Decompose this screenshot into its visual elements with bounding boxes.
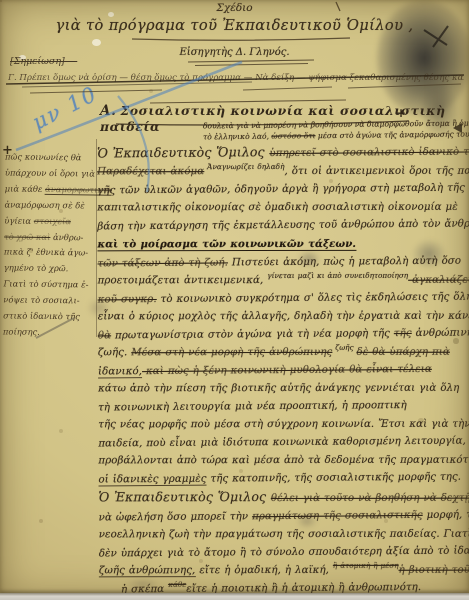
body-line: τὴ κοινωνικὴ λειτουργία μιὰ νέα προοπτικ…	[98, 397, 467, 418]
text-segment: κάθε	[168, 580, 186, 589]
text-segment: Μέσα στὴ νέα μορφὴ τῆς ἀνθρώπινης	[131, 347, 332, 358]
body-line: γῆς τῶν ὑλικῶν ἀγαθῶν, ὁδηγοῦν ἀργὰ ἢ γρ…	[97, 180, 466, 201]
body-line: καὶ τὸ μοίρασμα τῶν κοινωνικῶν τάξεων.	[97, 235, 466, 255]
text-segment: πῶς κοινωνίες θὰ	[5, 151, 81, 162]
photo-edge	[0, 593, 469, 600]
text-segment: παιδεία, ποὺ εἶναι μιὰ ἰδιότυπα κοινωνικ…	[98, 436, 466, 450]
text-segment: τῆς	[394, 328, 412, 339]
text-segment: βάση τὴν κατάργηση τῆς ἐκμετάλλευσης τοῦ…	[97, 218, 469, 232]
manuscript-photo: Σχέδιο γιὰ τὸ πρόγραμα τοῦ Ἐκπαιδευτικοῦ…	[0, 0, 469, 600]
manuscript-body: Ὁ Ἐκπαιδευτικὸς Ὅμιλος ὑπηρετεῖ στὸ σοσι…	[97, 142, 468, 599]
body-line: ἰδανικό, καὶ πὼς ἡ ξένη κοινωνικὴ μυθολο…	[98, 361, 467, 382]
text-segment: εἶναι ὁ κύριος μοχλὸς τῆς ἀλλαγῆς, δηλαδ…	[98, 311, 469, 323]
text-segment: μορφή, τὴν	[423, 509, 469, 520]
margin-note-line: ὑγίεια στοιχεῖα	[4, 213, 96, 230]
text-segment: πραγμάτωση τῆς σοσιαλιστικῆς	[252, 510, 423, 522]
struck-note-line: [Σημείωση] —	[10, 56, 77, 67]
paper-damage-speck	[92, 39, 101, 46]
text-segment: θέλει γιὰ τοῦτο νὰ βοηθήση νὰ δεχτῇ	[271, 493, 469, 504]
blue-pencil-number: μν 10	[28, 81, 101, 134]
text-segment: μιὰ κάθε	[5, 183, 46, 193]
body-line: καπιταλιστικῆς οἰκονομίας σὲ ὁμαδικὴ σοσ…	[97, 199, 466, 218]
text-segment: γίνεται μαζὶ κι ἀπὸ συνειδητοποίηση	[267, 271, 408, 280]
body-line: τῆς νέας μορφῆς ποὺ μέσα στὴ σύγχρονη κο…	[98, 416, 467, 435]
interlinear-insert: δουλειὰ γιὰ νὰ μπορέση νὰ βοηθήσουν νὰ δ…	[203, 119, 467, 143]
text-segment: ζωῆς.	[98, 347, 131, 358]
body-line: βάση τὴν κατάργηση τῆς ἐκμετάλλευσης τοῦ…	[97, 216, 466, 237]
text-segment: γῆς τῶν ὑλικῶν ἀγαθῶν, ὁδηγοῦν ἀργὰ ἢ γρ…	[97, 182, 469, 196]
text-segment: τῆς νέας μορφῆς ποὺ μέσα στὴ σύγχρονη κο…	[98, 419, 469, 431]
text-segment: ἀγκαλιάζει ὅλες τὶς μορφὲς τοῦ κοινωνι-	[408, 274, 469, 285]
text-segment: ποίησης.	[3, 326, 40, 336]
text-segment: ἰδανικό,	[98, 366, 142, 378]
title-underline	[132, 38, 350, 40]
draft-label: Σχέδιο	[0, 2, 469, 14]
text-segment: στικὸ ἰδανικὸ τῆς	[3, 310, 80, 321]
text-segment: ἡ βιοτικὴ τοῦ συνόλου	[399, 565, 469, 576]
text-segment: Πιστεύει ἀκόμη, πὼς ἡ μεταβολὴ αὐτὴ ὅσο	[228, 256, 461, 269]
text-segment: ἀνθρώπινης	[412, 327, 469, 339]
section-label: Α.	[100, 103, 116, 119]
body-line: παιδεία, ποὺ εἶναι μιὰ ἰδιότυπα κοινωνικ…	[98, 433, 467, 454]
text-segment: καπιταλιστικῆς οἰκονομίας σὲ ὁμαδικὴ σοσ…	[97, 202, 458, 214]
text-segment: Ὁ Ἐκπαιδευτικὸς Ὅμιλος	[99, 489, 271, 504]
body-line: Ὁ Ἐκπαιδευτικὸς Ὅμιλος θέλει γιὰ τοῦτο ν…	[99, 488, 468, 509]
text-segment: ζωῆς ἀνθρώπινης,	[99, 565, 196, 577]
text-segment: οἱ ἰδανικὲς γραμμὲς	[98, 474, 206, 487]
text-segment: νόψει τὸ σοσιαλι-	[3, 295, 79, 306]
margin-note-line: τὸ χρῶ καὶ ἀνθρω-	[4, 229, 96, 246]
body-line: εἶναι ὁ κύριος μοχλὸς τῆς ἀλλαγῆς, δηλαδ…	[98, 308, 467, 327]
text-segment: Ὁ Ἐκπαιδευτικὸς Ὅμιλος	[97, 144, 269, 160]
text-segment: Παραδέχεται ἀκόμα	[97, 166, 204, 177]
margin-notes: πῶς κοινωνίες θὰὑπάρχουν οἱ ὅροι γιὰμιὰ …	[3, 149, 97, 341]
margin-note-line: γημένο τὸ χρῶ.	[4, 261, 96, 278]
text-segment: ζωῆς	[332, 343, 356, 352]
text-segment: κοῦ συγκρ.	[98, 294, 157, 305]
text-segment: καὶ τὸ μοίρασμα τῶν κοινωνικῶν τάξεων.	[97, 238, 356, 251]
body-line: δὲν ὑπάρχει γιὰ τὸ ἄτομο ἢ τὸ σύνολο σπο…	[99, 543, 468, 564]
text-segment: τὸ χρῶ καὶ	[4, 231, 50, 242]
text-segment: θὰ	[98, 330, 111, 341]
text-segment: πρωταγωνίστρια στὸν ἀγώνα γιὰ τὴ νέα μορ…	[111, 328, 394, 341]
margin-note-line: Γιατὶ τὸ σύστημα ἐ-	[3, 277, 95, 294]
body-line: ζωῆς. Μέσα στὴ νέα μορφὴ τῆς ἀνθρώπινης …	[98, 344, 467, 363]
text-segment: μέσα στὸ ἀγώνα τῆς ἀναμόρφωσής του	[315, 129, 469, 140]
margin-note-line: πῶς κοινωνίες θὰ	[5, 149, 97, 166]
text-segment: ἀναμόρφωση σὲ δὲ	[4, 199, 84, 210]
interlinear-line: τὸ ἑλληνικὸ λαό, ὡστόσο ὅτι μέσα στὸ ἀγώ…	[203, 129, 467, 142]
text-segment: νεοελληνικὴ ζωὴ τὴν πραγμάτωση τῆς σοσια…	[99, 529, 469, 541]
struck-note-line: Γ. Πρέπει ὅμως νὰ ὁρίση — θέση ὅμως τὸ π…	[8, 73, 464, 83]
body-line: θὰ πρωταγωνίστρια στὸν ἀγώνα γιὰ τὴ νέα …	[98, 325, 467, 346]
body-line: ζωῆς ἀνθρώπινης, εἴτε ἡ ὁμαδική, ἡ λαϊκή…	[99, 562, 468, 581]
text-segment: τὸ κοινωνικὸ συγκρότημα σ' ὅλες τὶς ἐκδη…	[157, 291, 469, 305]
text-segment: πικὰ ζ' ἐθνικὰ ἀγω-	[4, 247, 88, 258]
text-segment: τῶν τάξεων ἀπὸ τὴ ζωή.	[97, 257, 227, 269]
text-segment: ἢ ἀτομικὴ ἢ μέση	[333, 561, 399, 570]
text-segment: τὸ ἑλληνικὸ λαό,	[203, 131, 271, 141]
text-segment: καὶ πὼς ἡ ξένη κοινωνικὴ μυθολογία θὰ εἶ…	[142, 364, 432, 377]
body-line: οἱ ἰδανικὲς γραμμὲς τῆς κατοπινῆς, τῆς σ…	[98, 469, 467, 490]
margin-note-line: ποίησης.	[3, 324, 95, 341]
text-segment: δὲν ὑπάρχει γιὰ τὸ ἄτομο ἢ τὸ σύνολο σπο…	[99, 545, 469, 559]
text-segment: στοιχεῖα	[34, 215, 71, 225]
text-segment: τὴ κοινωνικὴ λειτουργία μιὰ νέα προοπτικ…	[98, 400, 407, 413]
text-segment: νὰ ὠφελήση ὅσο μπορεῖ τὴν	[99, 511, 253, 523]
margin-note-line: νόψει τὸ σοσιαλι-	[3, 293, 95, 310]
text-segment: Γιατὶ τὸ σύστημα ἐ-	[3, 279, 88, 290]
body-line: κάτω ἀπὸ τὴν πίεση τῆς βιοτικῆς αὐτῆς ἀν…	[98, 380, 467, 399]
margin-note-line: πικὰ ζ' ἐθνικὰ ἀγω-	[4, 245, 96, 262]
text-segment: προβάλλονται ἀπὸ τώρα καὶ μέσα ἀπὸ τὰ δε…	[98, 455, 469, 467]
margin-note-line: στικὸ ἰδανικὸ τῆς	[3, 308, 95, 325]
text-segment: εἴτε ἡ ὁμαδική, ἡ λαϊκή,	[195, 565, 333, 576]
plus-mark: +	[396, 106, 406, 120]
text-segment: ὑγίεια	[4, 215, 34, 225]
body-line: προβάλλονται ἀπὸ τώρα καὶ μέσα ἀπὸ τὰ δε…	[98, 452, 467, 471]
text-segment: τῆς κατοπινῆς, τῆς σοσιαλιστικῆς μορφῆς …	[207, 472, 462, 485]
body-line: κοῦ συγκρ. τὸ κοινωνικὸ συγκρότημα σ' ὅλ…	[98, 289, 467, 310]
text-segment: ὑπηρετεῖ στὸ σοσιαλιστικὸ ἰδανικὸ τῆς κο…	[269, 146, 469, 159]
text-segment: δὲ θὰ ὑπάρχη πιὰ	[357, 347, 450, 358]
text-segment: , ὅτι οἱ ἀντικειμενικοὶ ὅροι τῆς παραγωγ…	[284, 165, 469, 177]
body-line: νὰ ὠφελήση ὅσο μπορεῖ τὴν πραγμάτωση τῆς…	[99, 507, 468, 528]
margin-note-line: ὑπάρχουν οἱ ὅροι γιὰ	[5, 165, 97, 182]
text-segment: ἀνθρω-	[50, 232, 83, 242]
text-segment: προετοιμάζεται ἀντικειμενικά,	[98, 275, 268, 286]
text-segment: ὑπάρχουν οἱ ὅροι γιὰ	[5, 167, 95, 178]
text-segment: γημένο τὸ χρῶ.	[4, 263, 69, 274]
body-line: νεοελληνικὴ ζωὴ τὴν πραγμάτωση τῆς σοσια…	[99, 526, 468, 545]
text-segment: ὡστόσο ὅτι	[271, 131, 315, 140]
text-segment: Ἀναγνωρίζει δηλαδὴ	[204, 162, 284, 171]
body-line: Παραδέχεται ἀκόμα Ἀναγνωρίζει δηλαδὴ, ὅτ…	[97, 163, 466, 182]
margin-note-line: ἀναμόρφωση σὲ δὲ	[4, 197, 96, 214]
body-line: προετοιμάζεται ἀντικειμενικά, γίνεται μα…	[98, 272, 467, 291]
document-title: γιὰ τὸ πρόγραμα τοῦ Ἐκπαιδευτικοῦ Ὁμίλου…	[0, 17, 469, 34]
text-segment: κάτω ἀπὸ τὴν πίεση τῆς βιοτικῆς αὐτῆς ἀν…	[98, 383, 459, 395]
margin-note-line: μιὰ κάθε ἀναμορφωτικιὰ	[5, 181, 97, 198]
